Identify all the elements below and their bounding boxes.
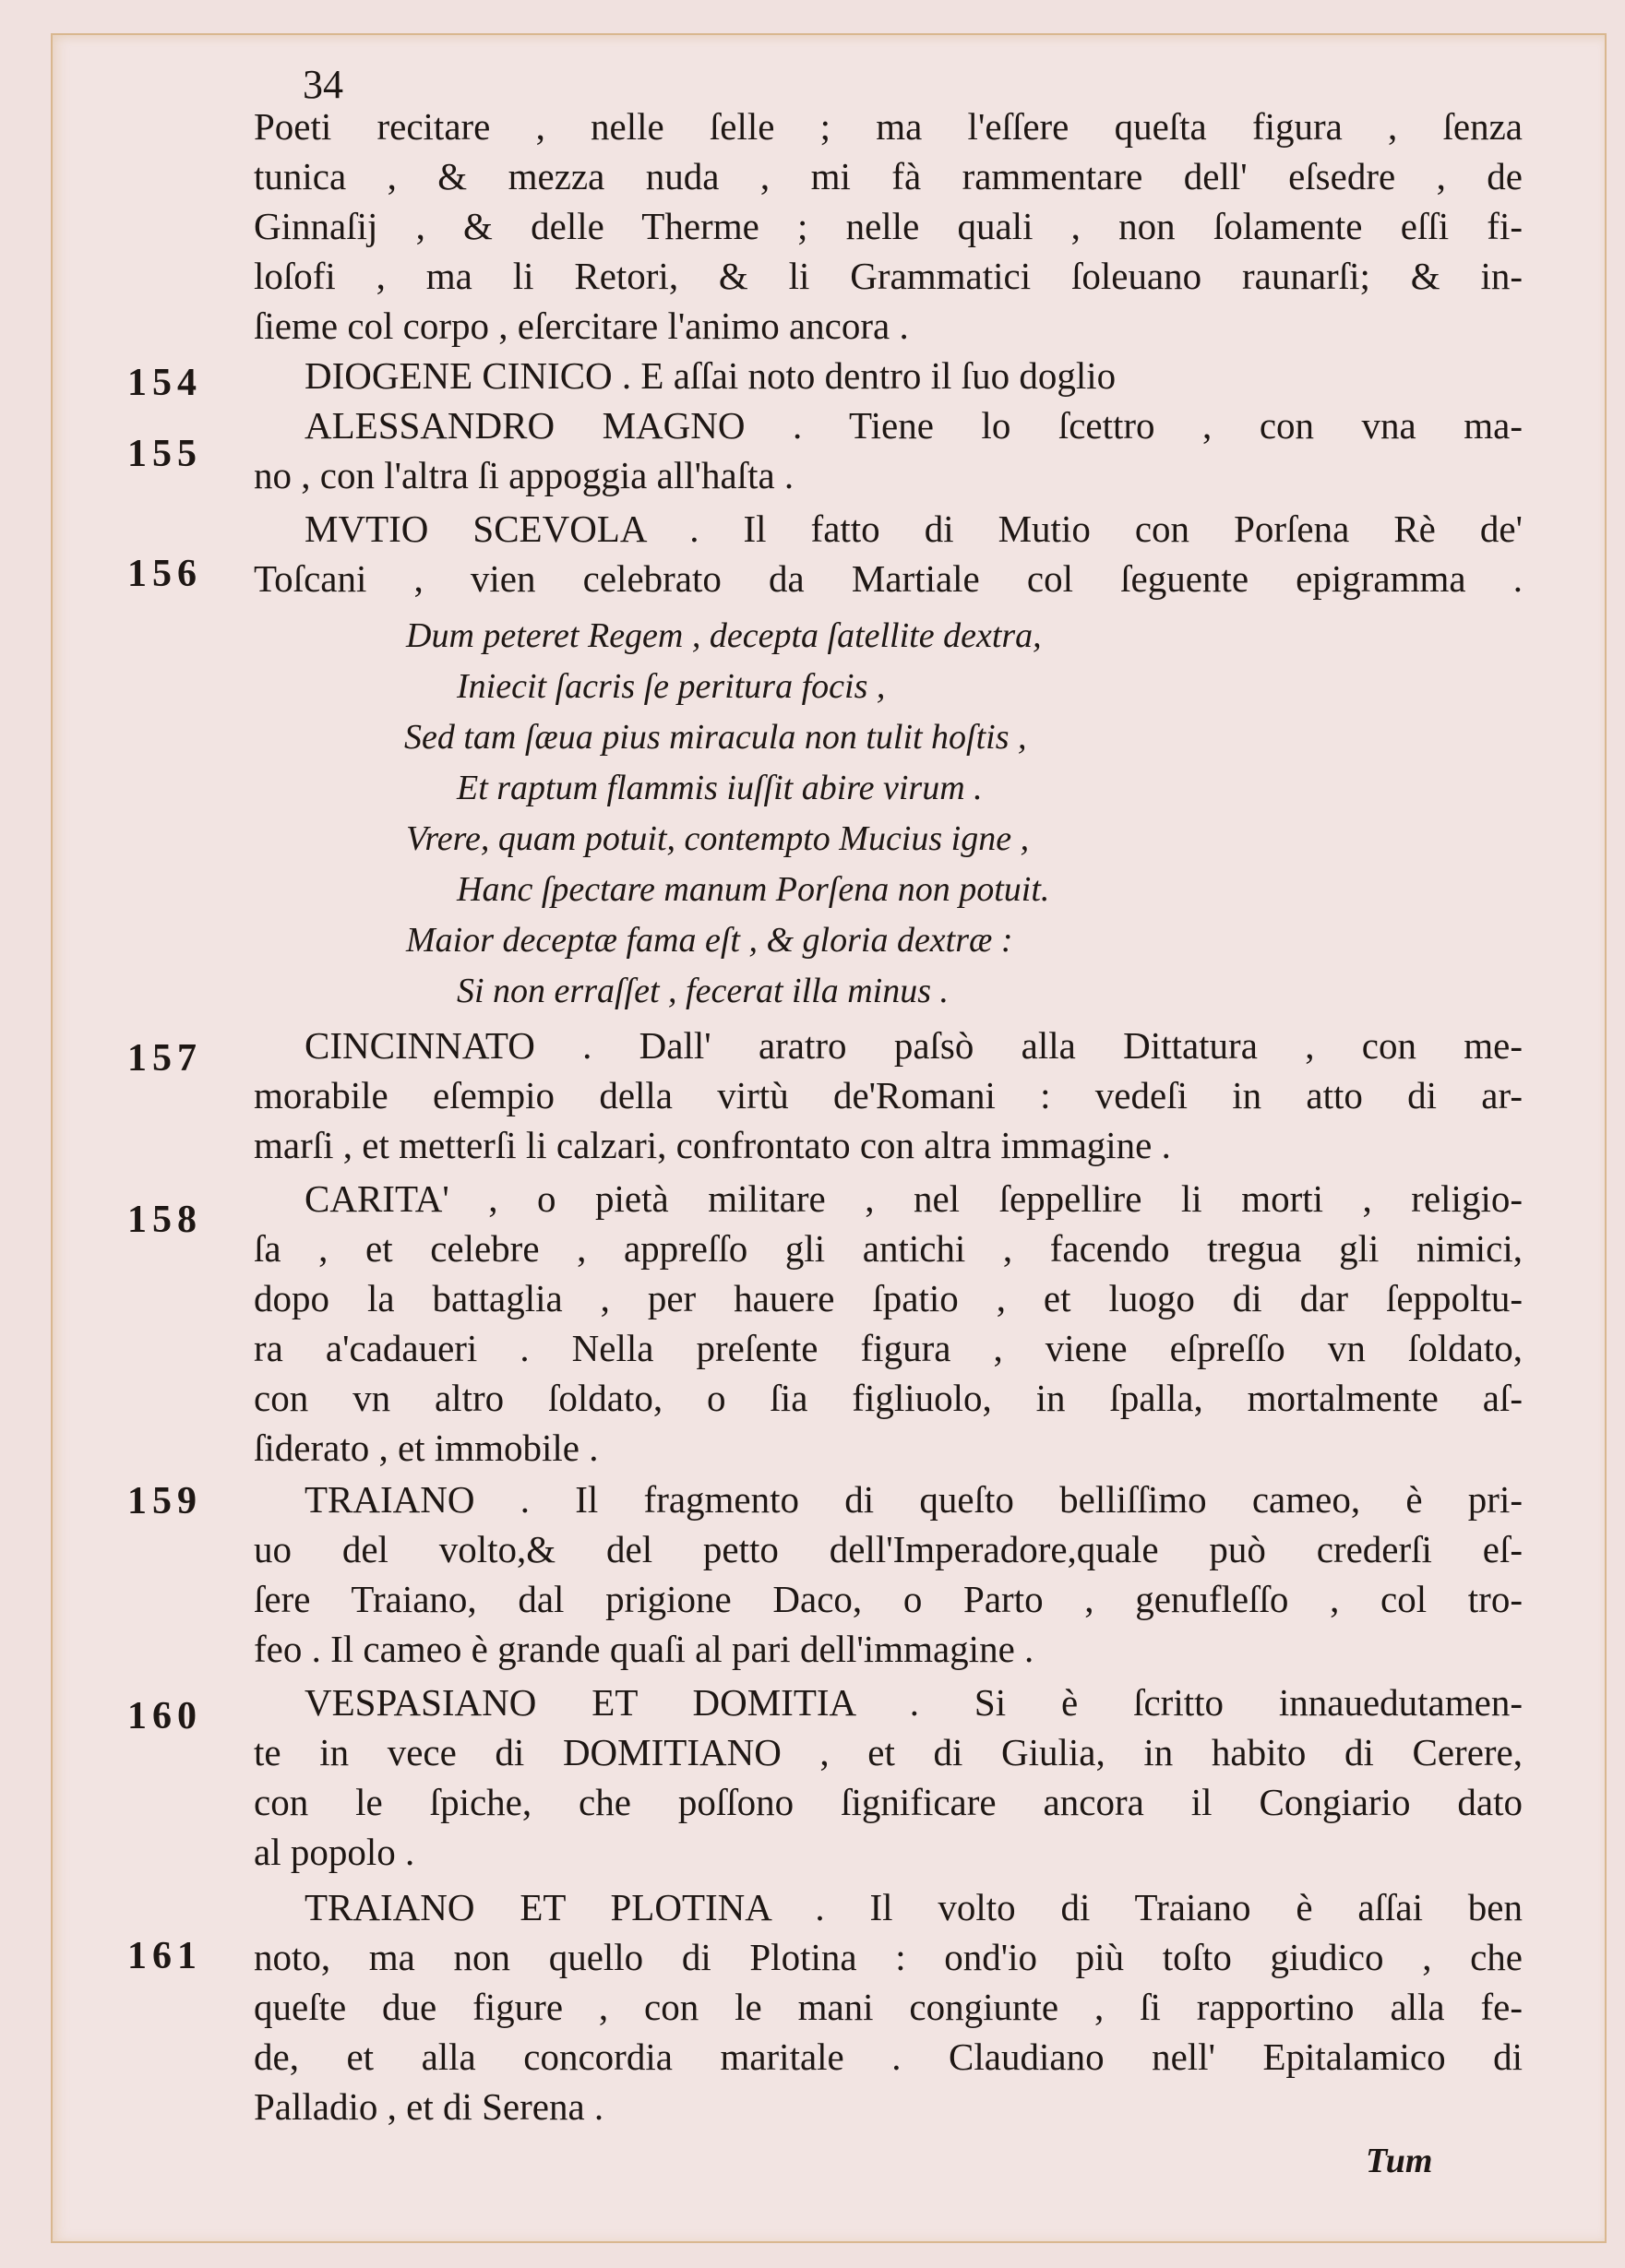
text-line: VESPASIANO ET DOMITIA . Si è ſcritto inn… <box>305 1677 1523 1727</box>
text-line: Ginnaſij , & delle Therme ; nelle quali … <box>254 201 1523 251</box>
verse-line: Et raptum flammis iuſſit abire virum . <box>457 763 983 813</box>
text-line: feo . Il cameo è grande quaſi al pari de… <box>254 1624 1523 1674</box>
text-line: CARITA' , o pietà militare , nel ſeppell… <box>305 1174 1523 1224</box>
text-line: ſere Traiano, dal prigione Daco, o Parto… <box>254 1574 1523 1624</box>
margin-number: 160 <box>127 1696 202 1737</box>
margin-number: 156 <box>127 554 202 594</box>
text-line: te in vece di DOMITIANO , et di Giulia, … <box>254 1727 1523 1777</box>
text-line: no , con l'altra ſi appoggia all'haſta . <box>254 450 1523 500</box>
text-line: Palladio , et di Serena . <box>254 2082 1523 2131</box>
margin-number: 159 <box>127 1481 202 1522</box>
text-line: al popolo . <box>254 1827 1523 1877</box>
catchword: Tum <box>1366 2141 1433 2181</box>
text-line: de, et alla concordia maritale . Claudia… <box>254 2032 1523 2082</box>
text-line: ſiderato , et immobile . <box>254 1423 1523 1473</box>
text-line: TRAIANO ET PLOTINA . Il volto di Traiano… <box>305 1882 1523 1932</box>
text-line: ſa , et celebre , appreſſo gli antichi ,… <box>254 1224 1523 1273</box>
text-line: ra a'cadaueri . Nella preſente figura , … <box>254 1323 1523 1373</box>
margin-number: 154 <box>127 363 202 403</box>
verse-line: Iniecit ſacris ſe peritura focis , <box>457 662 885 711</box>
text-line: con le ſpiche, che poſſono ſignificare a… <box>254 1777 1523 1827</box>
margin-number: 155 <box>127 434 202 474</box>
text-line: MVTIO SCEVOLA . Il fatto di Mutio con Po… <box>305 504 1523 554</box>
text-line: ALESSANDRO MAGNO . Tiene lo ſcettro , co… <box>305 400 1523 450</box>
text-line: morabile eſempio della virtù de'Romani :… <box>254 1070 1523 1120</box>
verse-line: Hanc ſpectare manum Porſena non potuit. <box>457 865 1049 914</box>
text-line: DIOGENE CINICO . E aſſai noto dentro il … <box>305 351 1523 400</box>
verse-line: Sed tam ſæua pius miracula non tulit hoſ… <box>404 712 1027 762</box>
page-number: 34 <box>303 65 343 105</box>
verse-line: Vrere, quam potuit, contempto Mucius ign… <box>406 814 1029 864</box>
text-line: CINCINNATO . Dall' aratro paſsò alla Dit… <box>305 1021 1523 1070</box>
text-line: dopo la battaglia , per hauere ſpatio , … <box>254 1273 1523 1323</box>
text-line: Toſcani , vien celebrato da Martiale col… <box>254 554 1523 603</box>
margin-number: 161 <box>127 1936 202 1976</box>
text-line: Poeti recitare , nelle ſelle ; ma l'eſſe… <box>254 101 1523 151</box>
text-line: con vn altro ſoldato, o ſia figliuolo, i… <box>254 1373 1523 1423</box>
verse-line: Maior deceptæ fama eſt , & gloria dextræ… <box>406 915 1013 965</box>
text-line: marſi , et metterſi li calzari, confront… <box>254 1120 1523 1170</box>
verse-line: Si non erraſſet , fecerat illa minus . <box>457 966 949 1016</box>
text-line: loſofi , ma li Retori, & li Grammatici ſ… <box>254 251 1523 301</box>
verse-line: Dum peteret Regem , decepta ſatellite de… <box>406 611 1042 661</box>
margin-number: 157 <box>127 1038 202 1079</box>
text-line: ſieme col corpo , eſercitare l'animo anc… <box>254 301 1523 351</box>
margin-number: 158 <box>127 1200 202 1240</box>
text-line: noto, ma non quello di Plotina : ond'io … <box>254 1932 1523 1982</box>
text-line: queſte due figure , con le mani congiunt… <box>254 1982 1523 2032</box>
text-line: uo del volto,& del petto dell'Imperadore… <box>254 1524 1523 1574</box>
text-line: TRAIANO . Il fragmento di queſto belliſſ… <box>305 1474 1523 1524</box>
text-line: tunica , & mezza nuda , mi fà rammentare… <box>254 151 1523 201</box>
